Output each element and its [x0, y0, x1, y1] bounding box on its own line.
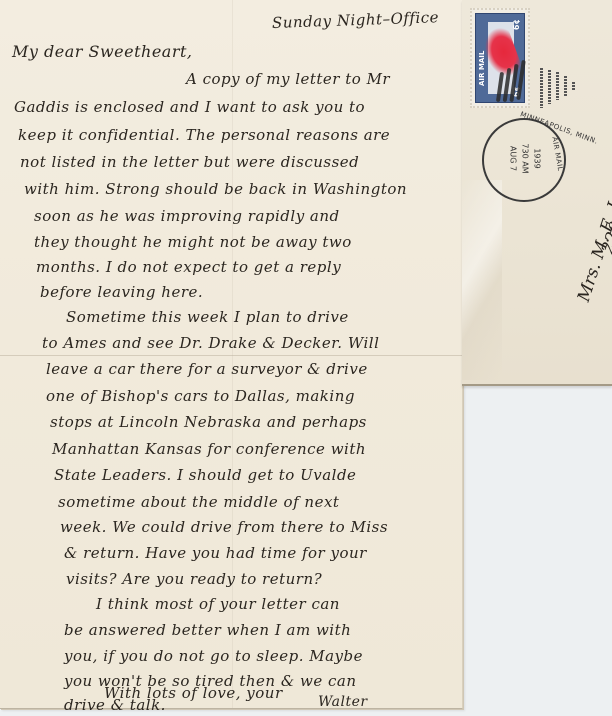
letter-line: A copy of my letter to Mr [186, 70, 390, 88]
postmark-date: AUG 7 [509, 134, 518, 184]
letter-line: not listed in the letter but were discus… [20, 153, 359, 171]
letter-line: sometime about the middle of next [58, 493, 339, 511]
postmark: MINNEAPOLIS, MINN. AIR MAIL AUG 7 730 AM… [482, 118, 566, 202]
scanned-document: Sunday Night–Office My dear Sweetheart, … [0, 0, 612, 716]
letter-line: before leaving here. [40, 283, 203, 301]
postmark-time: 730 AM [521, 134, 530, 184]
letter-line: State Leaders. I should get to Uvalde [54, 466, 356, 484]
letter-line: to Ames and see Dr. Drake & Decker. Will [42, 334, 379, 352]
envelope-crease [462, 180, 502, 380]
letter-line: Gaddis is enclosed and I want to ask you… [14, 98, 365, 116]
fold-line [0, 355, 462, 356]
letter-heading: Sunday Night–Office [272, 8, 440, 32]
letter-line: keep it confidential. The personal reaso… [18, 126, 390, 144]
letter-line: they thought he might not be away two [34, 233, 352, 251]
stamp-label: AIR MAIL [478, 51, 486, 86]
letter-line: Sometime this week I plan to drive [66, 308, 349, 326]
envelope: AIR MAIL 6¢ 6¢ MINNEAPOLIS, MINN. AIR MA… [462, 0, 612, 386]
letter-line: week. We could drive from there to Miss [60, 518, 388, 536]
letter-line: one of Bishop's cars to Dallas, making [46, 387, 355, 405]
letter-line: I think most of your letter can [96, 595, 340, 613]
letter-salutation: My dear Sweetheart, [12, 42, 193, 61]
letter-line: leave a car there for a surveyor & drive [46, 360, 368, 378]
letter-line: & return. Have you had time for your [64, 544, 367, 562]
postmark-date-block: AUG 7 730 AM 1939 [506, 134, 546, 188]
postmark-service: AIR MAIL [550, 136, 564, 172]
handwritten-letter: Sunday Night–Office My dear Sweetheart, … [0, 0, 463, 709]
letter-signature: Walter [318, 694, 368, 710]
letter-line: you, if you do not go to sleep. Maybe [64, 647, 363, 665]
letter-line: be answered better when I am with [64, 621, 351, 639]
letter-line: with him. Strong should be back in Washi… [24, 180, 407, 198]
letter-line: months. I do not expect to get a reply [36, 258, 341, 276]
letter-line: stops at Lincoln Nebraska and perhaps [50, 413, 367, 431]
stamp-value-top: 6¢ [512, 19, 521, 30]
postmark-year: 1939 [533, 134, 542, 184]
letter-line: soon as he was improving rapidly and [34, 207, 340, 225]
letter-line: visits? Are you ready to return? [66, 570, 322, 588]
airmail-stamp: AIR MAIL 6¢ 6¢ [470, 8, 530, 108]
letter-line: Manhattan Kansas for conference with [52, 440, 366, 458]
letter-closing: With lots of love, your [104, 684, 283, 702]
